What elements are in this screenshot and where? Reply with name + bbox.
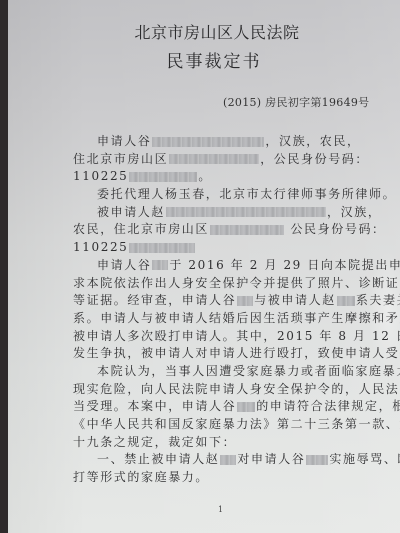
text: 对申请人谷 [237, 452, 305, 466]
court-name: 北京市房山区人民法院 [8, 20, 400, 43]
applicant-id-line: 110225。 [73, 168, 375, 186]
redacted-text [152, 260, 168, 270]
text: 。 [198, 169, 212, 183]
text: 农民，住北京市房山区 [73, 222, 209, 236]
redacted-text [306, 455, 328, 465]
respondent-address-line: 农民，住北京市房山区 公民身份号码： [73, 221, 375, 239]
text: 等证据。经审查，申请人谷 [73, 293, 236, 307]
text: 公民身份号码： [290, 222, 385, 236]
redacted-text [129, 243, 195, 253]
agent-line: 委托代理人杨玉春，北京市太行律师事务所律师。 [73, 186, 375, 204]
reasoning-line: 十九条之规定，裁定如下： [73, 434, 375, 452]
redacted-text [129, 172, 197, 182]
paragraph-line: 求本院依法作出人身安全保护令并提供了照片、诊断证明书 [73, 275, 375, 293]
redacted-text [237, 296, 253, 306]
redacted-text [337, 296, 355, 306]
case-number: (2015) 房民初字第19649号 [223, 94, 369, 110]
text: 系夫妻关 [356, 293, 400, 307]
document-type-title: 民事裁定书 [8, 47, 400, 72]
paragraph-line: 被申请人多次殴打申请人。其中，2015 年 8 月 12 日，双方 [73, 328, 375, 346]
order-line: 一、禁止被申请人赵对申请人谷实施辱骂、殴 [73, 451, 375, 469]
text: 于 2016 年 2 月 29 日向本院提出申请，请 [169, 258, 400, 272]
reasoning-line: 本院认为，当事人因遭受家庭暴力或者面临家庭暴力的 [73, 363, 375, 381]
paragraph-line: 发生争执，被申请人对申请人进行殴打，致使申请人受伤。 [73, 345, 375, 363]
ruling-body: 申请人谷，汉族，农民， 住北京市房山区，公民身份号码： 110225。 委托代理… [73, 133, 375, 487]
applicant-line: 申请人谷，汉族，农民， [73, 133, 375, 151]
order-line: 打等形式的家庭暴力。 [73, 469, 375, 487]
paragraph-line: 系。申请人与被申请人结婚后因生活琐事产生摩擦和矛盾， [73, 310, 375, 328]
text: 被申请人赵 [97, 205, 165, 219]
paragraph-line: 申请人谷于 2016 年 2 月 29 日向本院提出申请，请 [73, 257, 375, 275]
redacted-text [152, 137, 264, 147]
text: 住北京市房山区 [73, 152, 168, 166]
reasoning-line: 当受理。本案中，申请人谷的申请符合法律规定，根据 [73, 398, 375, 416]
text: 110225 [73, 169, 128, 183]
text: 110225 [73, 240, 128, 254]
reasoning-line: 现实危险，向人民法院申请人身安全保护令的，人民法院应 [73, 381, 375, 399]
redacted-text [210, 225, 284, 235]
respondent-id-line: 110225 [73, 239, 375, 257]
text: 的申请符合法律规定，根据 [256, 399, 400, 413]
redacted-text [169, 154, 259, 164]
page-number: 1 [218, 505, 223, 514]
text: ，汉族， [327, 205, 381, 219]
text: ，汉族，农民， [265, 134, 360, 148]
applicant-address-line: 住北京市房山区，公民身份号码： [73, 151, 375, 169]
text: ，公民身份号码： [260, 152, 369, 166]
redacted-text [220, 455, 236, 465]
text: 申请人谷 [97, 134, 151, 148]
paragraph-line: 等证据。经审查，申请人谷与被申请人赵系夫妻关 [73, 292, 375, 310]
text: 一、禁止被申请人赵 [97, 452, 219, 466]
text: 与被申请人赵 [254, 293, 336, 307]
document-page: 北京市房山区人民法院 民事裁定书 (2015) 房民初字第19649号 申请人谷… [8, 0, 400, 533]
redacted-text [237, 402, 255, 412]
respondent-line: 被申请人赵，汉族， [73, 204, 375, 222]
redacted-text [166, 207, 326, 217]
text: 实施辱骂、殴 [329, 452, 400, 466]
reasoning-line: 《中华人民共和国反家庭暴力法》第二十三条第一款、第二 [73, 416, 375, 434]
text: 申请人谷 [97, 258, 151, 272]
text: 当受理。本案中，申请人谷 [73, 399, 236, 413]
